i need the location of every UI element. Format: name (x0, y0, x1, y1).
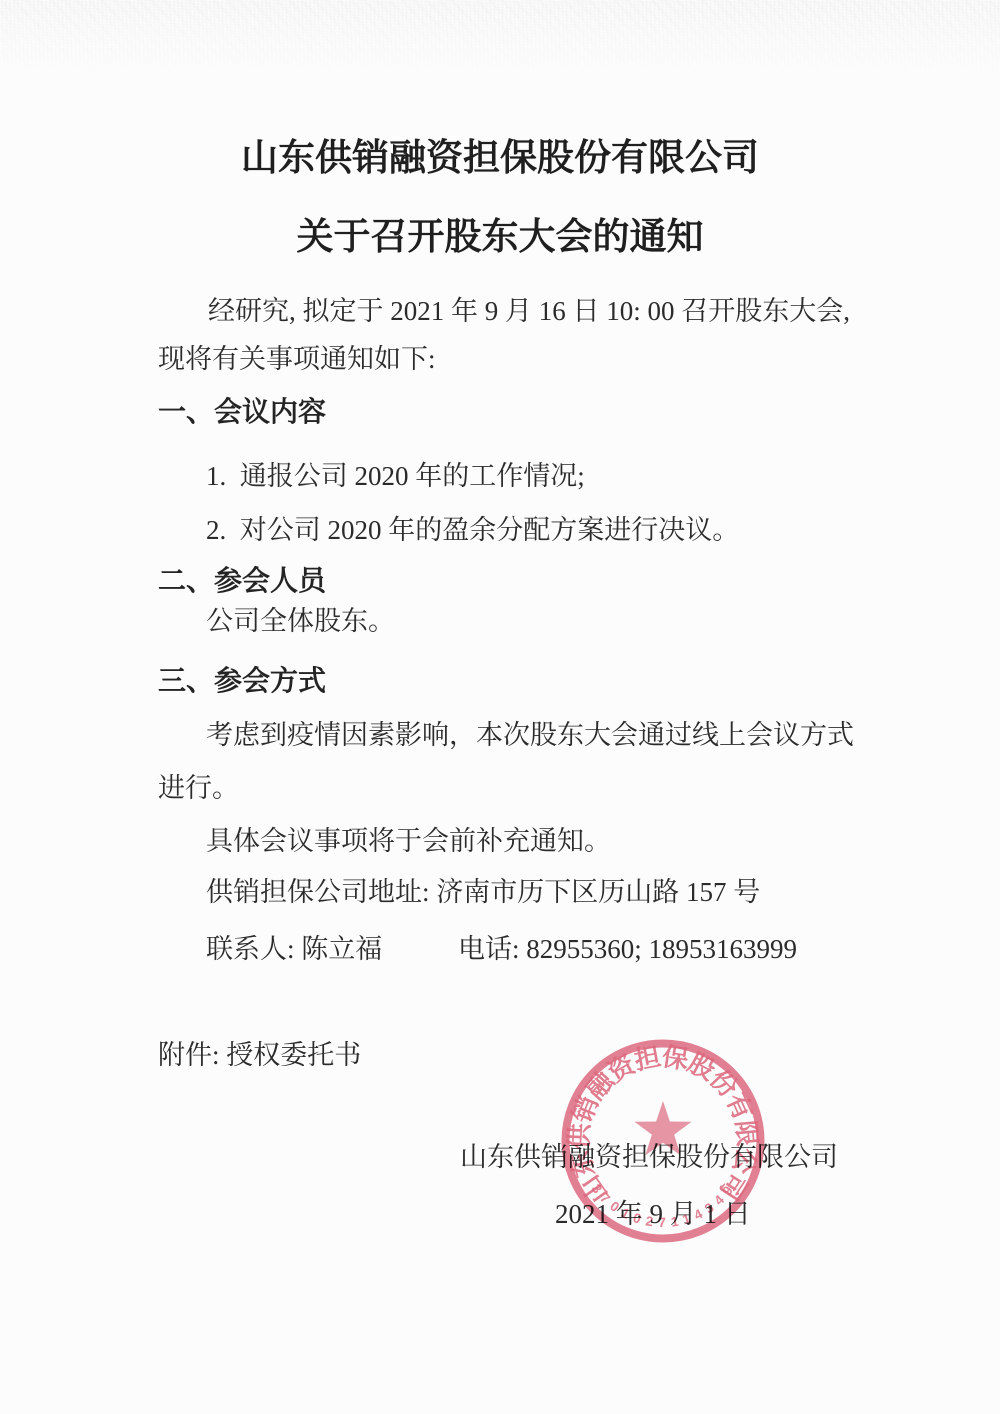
section-2-heading: 二、参会人员 (158, 566, 326, 597)
section-1-item-2: 2. 对公司 2020 年的盈余分配方案进行决议。 (206, 515, 739, 546)
scanned-notice-page: 山东供销融资担保股份有限公司 关于召开股东大会的通知 经研究, 拟定于 2021… (0, 0, 1000, 1414)
attachment-line: 附件: 授权委托书 (158, 1040, 361, 1071)
intro-line-2: 现将有关事项通知如下: (158, 344, 436, 375)
document-title-line2: 关于召开股东大会的通知 (0, 218, 1000, 255)
section-2-body: 公司全体股东。 (206, 606, 395, 637)
intro-line-1: 经研究, 拟定于 2021 年 9 月 16 日 10: 00 召开股东大会, (208, 296, 850, 327)
document-title-line1: 山东供销融资担保股份有限公司 (0, 139, 1000, 176)
address-line: 供销担保公司地址: 济南市历下区历山路 157 号 (206, 877, 760, 908)
scan-noise-artifact (0, 0, 1000, 78)
section-3-para-line-2: 进行。 (158, 773, 239, 804)
contact-person: 联系人: 陈立福 (206, 934, 382, 965)
section-3-para-line-1: 考虑到疫情因素影响，本次股东大会通过线上会议方式 (206, 720, 854, 751)
section-1-heading: 一、会议内容 (158, 397, 326, 428)
official-seal: 山东供销融资担保股份有限公司 3701027114349 (548, 1026, 778, 1256)
section-3-heading: 三、参会方式 (158, 666, 326, 697)
star-icon (634, 1101, 691, 1155)
section-3-para-line-3: 具体会议事项将于会前补充通知。 (206, 826, 611, 857)
section-1-item-1: 1. 通报公司 2020 年的工作情况; (206, 461, 585, 492)
contact-phone: 电话: 82955360; 18953163999 (458, 934, 797, 965)
